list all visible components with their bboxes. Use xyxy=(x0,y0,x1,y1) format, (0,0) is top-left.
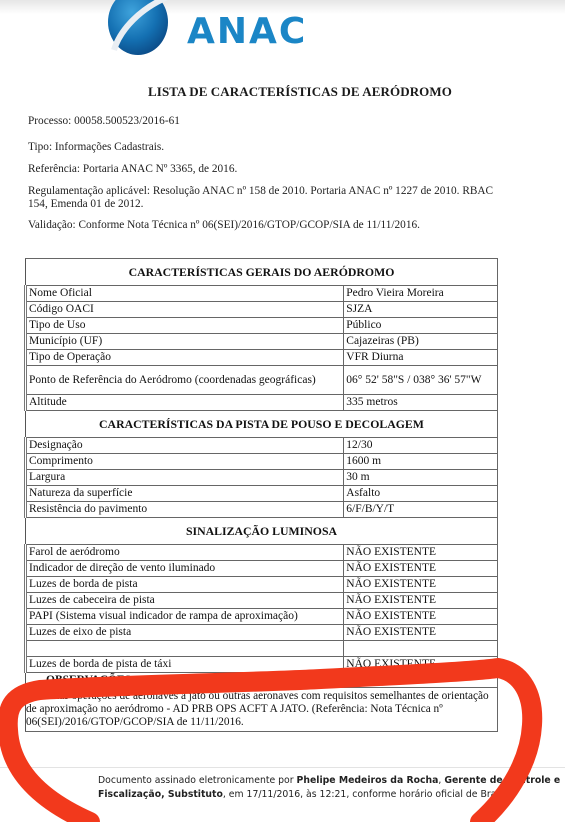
table-row: Farol de aeródromoNÃO EXISTENTE xyxy=(26,545,498,561)
row-value xyxy=(344,641,498,657)
table-row: Tipo de UsoPúblico xyxy=(26,318,498,334)
row-value: SJZA xyxy=(344,302,498,318)
row-label: Luzes de borda de pista de táxi xyxy=(26,657,344,673)
section-header: CARACTERÍSTICAS DA PISTA DE POUSO E DECO… xyxy=(26,411,498,438)
row-value: Pedro Vieira Moreira xyxy=(344,286,498,302)
table-row: Altitude335 metros xyxy=(26,395,498,411)
table-row xyxy=(26,641,498,657)
row-label: Luzes de eixo de pista xyxy=(26,625,344,641)
validacao-line: Validação: Conforme Nota Técnica nº 06(S… xyxy=(28,219,420,232)
row-value: NÃO EXISTENTE xyxy=(344,561,498,577)
row-label xyxy=(26,641,344,657)
signature-prefix: Documento assinado eletronicamente por xyxy=(98,775,297,786)
signature-line-2: Fiscalização, Substituto, em 17/11/2016,… xyxy=(98,789,515,800)
row-label: Resistência do pavimento xyxy=(26,502,344,518)
aerodrome-characteristics-table: CARACTERÍSTICAS GERAIS DO AERÓDROMONome … xyxy=(24,258,498,732)
table-row: Natureza da superfícieAsfalto xyxy=(26,486,498,502)
row-label: Natureza da superfície xyxy=(26,486,344,502)
row-value: NÃO EXISTENTE xyxy=(344,609,498,625)
row-label: Designação xyxy=(26,438,344,454)
table-row: Resistência do pavimento6/F/B/Y/T xyxy=(26,502,498,518)
processo-line: Processo: 00058.500523/2016-61 xyxy=(28,115,180,128)
row-value: 12/30 xyxy=(344,438,498,454)
signer-role-a: Gerente de Controle e xyxy=(444,775,560,786)
row-label: Farol de aeródromo xyxy=(26,545,344,561)
table-row: PAPI (Sistema visual indicador de rampa … xyxy=(26,609,498,625)
row-value: 335 metros xyxy=(344,395,498,411)
row-value: NÃO EXISTENTE xyxy=(344,657,498,673)
electronic-signature: Documento assinado eletronicamente por P… xyxy=(0,767,565,822)
tipo-line: Tipo: Informações Cadastrais. xyxy=(28,141,164,154)
signer-role-b: Fiscalização, Substituto xyxy=(98,789,223,800)
row-label: Indicador de direção de vento iluminado xyxy=(26,561,344,577)
row-label: Nome Oficial xyxy=(26,286,344,302)
section-title: CARACTERÍSTICAS DA PISTA DE POUSO E DECO… xyxy=(26,411,498,438)
row-value: 1600 m xyxy=(344,454,498,470)
referencia-line: Referência: Portaria ANAC Nº 3365, de 20… xyxy=(28,163,237,176)
row-label: Largura xyxy=(26,470,344,486)
section-title: CARACTERÍSTICAS GERAIS DO AERÓDROMO xyxy=(26,259,498,286)
row-value: Público xyxy=(344,318,498,334)
row-label: Comprimento xyxy=(26,454,344,470)
row-label: Luzes de cabeceira de pista xyxy=(26,593,344,609)
row-label: Código OACI xyxy=(26,302,344,318)
row-value: NÃO EXISTENTE xyxy=(344,593,498,609)
table-row: Indicador de direção de vento iluminadoN… xyxy=(26,561,498,577)
table-row: Comprimento1600 m xyxy=(26,454,498,470)
row-value: 6/F/B/Y/T xyxy=(344,502,498,518)
signature-line-1: Documento assinado eletronicamente por P… xyxy=(98,775,560,786)
table-row: Luzes de borda de pistaNÃO EXISTENTE xyxy=(26,577,498,593)
table-row: Ponto de Referência do Aeródromo (coorde… xyxy=(26,366,498,395)
row-label: Luzes de borda de pista xyxy=(26,577,344,593)
section-header: CARACTERÍSTICAS GERAIS DO AERÓDROMO xyxy=(26,259,498,286)
row-label: Ponto de Referência do Aeródromo (coorde… xyxy=(26,366,344,395)
row-value: NÃO EXISTENTE xyxy=(344,577,498,593)
table-row: Luzes de eixo de pistaNÃO EXISTENTE xyxy=(26,625,498,641)
anac-globe-icon: ANAC xyxy=(100,0,340,60)
observations-text: Proibidas operações de aeronaves a jato … xyxy=(26,688,498,732)
document-title: LISTA DE CARACTERÍSTICAS DE AERÓDROMO xyxy=(0,84,565,100)
regulamentacao-line-2: 154, Emenda 01 de 2012. xyxy=(28,198,143,211)
row-value: NÃO EXISTENTE xyxy=(344,625,498,641)
row-label: Tipo de Operação xyxy=(26,350,344,366)
anac-logo: ANAC xyxy=(100,0,340,60)
table-row: Designação12/30 xyxy=(26,438,498,454)
logo-text: ANAC xyxy=(187,11,307,52)
row-label: Tipo de Uso xyxy=(26,318,344,334)
signer-name: Phelipe Medeiros da Rocha xyxy=(297,775,439,786)
table-row: Tipo de OperaçãoVFR Diurna xyxy=(26,350,498,366)
observations-title: OBSERVAÇÕES: xyxy=(26,673,498,688)
row-value: 06° 52' 58"S / 038° 36' 57"W xyxy=(344,366,498,395)
row-value: Cajazeiras (PB) xyxy=(344,334,498,350)
table-row: Luzes de cabeceira de pistaNÃO EXISTENTE xyxy=(26,593,498,609)
signature-date: , em 17/11/2016, às 12:21, conforme horá… xyxy=(223,789,515,800)
row-value: 30 m xyxy=(344,470,498,486)
row-value: VFR Diurna xyxy=(344,350,498,366)
observations-header: OBSERVAÇÕES: xyxy=(26,673,498,688)
row-value: NÃO EXISTENTE xyxy=(344,545,498,561)
regulamentacao-line-1: Regulamentação aplicável: Resolução ANAC… xyxy=(28,185,565,198)
table-row: Luzes de borda de pista de táxiNÃO EXIST… xyxy=(26,657,498,673)
table-row: Largura30 m xyxy=(26,470,498,486)
observations-row: Proibidas operações de aeronaves a jato … xyxy=(26,688,498,732)
section-header: SINALIZAÇÃO LUMINOSA xyxy=(26,518,498,545)
row-value: Asfalto xyxy=(344,486,498,502)
row-label: PAPI (Sistema visual indicador de rampa … xyxy=(26,609,344,625)
row-label: Altitude xyxy=(26,395,344,411)
table-row: Município (UF)Cajazeiras (PB) xyxy=(26,334,498,350)
section-title: SINALIZAÇÃO LUMINOSA xyxy=(26,518,498,545)
table-row: Código OACISJZA xyxy=(26,302,498,318)
row-label: Município (UF) xyxy=(26,334,344,350)
table-row: Nome OficialPedro Vieira Moreira xyxy=(26,286,498,302)
